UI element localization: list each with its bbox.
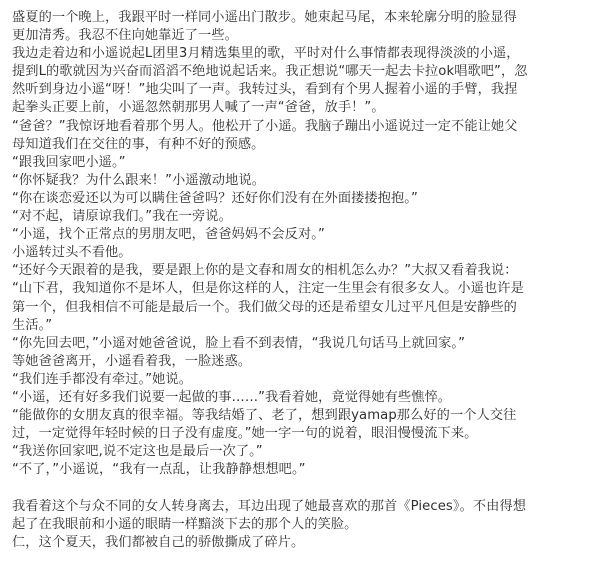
text-line: “对不起，请原谅我们。”我在一旁说。	[12, 208, 587, 226]
text-line: “我送你回家吧,说不定这也是最后一次了。”	[12, 443, 587, 461]
text-line: “不了，”小遥说，“我有一点乱，让我静静想想吧。”	[12, 461, 587, 479]
text-line: 盛夏的一个晚上，我跟平时一样同小遥出门散步。她束起马尾，本来轮廓分明的脸显得	[12, 9, 587, 27]
text-line: 仁，这个夏天，我们都被自己的骄傲撕成了碎片。	[12, 534, 587, 552]
text-line: “跟我回家吧小遥。”	[12, 154, 587, 172]
text-line: 提到L的歌就因为兴奋而滔滔不绝地说起话来。我正想说“哪天一起去卡拉ok唱歌吧”，…	[12, 63, 587, 81]
text-line: 更加清秀。我忍不住向她靠近了一些。	[12, 27, 587, 45]
story-text: 盛夏的一个晚上，我跟平时一样同小遥出门散步。她束起马尾，本来轮廓分明的脸显得 更…	[12, 9, 587, 552]
text-line: 起了在我眼前和小遥的眼睛一样黯淡下去的那个人的笑脸。	[12, 516, 587, 534]
text-line: “小遥，还有好多我们说要一起做的事……”我看着她，竟觉得她有些憔悴。	[12, 389, 587, 407]
text-line: 我看着这个与众不同的女人转身离去，耳边出现了她最喜欢的那首《Pieces》。不由…	[12, 498, 587, 516]
text-line: “爸爸？”我惊讶地看着那个男人。他松开了小遥。我脑子蹦出小遥说过一定不能让她父	[12, 118, 587, 136]
text-line: 过，一定觉得年轻时候的日子没有虚度。”她一字一句的说着，眼泪慢慢流下来。	[12, 425, 587, 443]
text-line: “你在谈恋爱还以为可以瞒住爸爸吗？还好你们没有在外面搂搂抱抱。”	[12, 190, 587, 208]
text-line: 生活。”	[12, 317, 587, 335]
text-line: “山下君，我知道你不是坏人，但是你这样的人，注定一生里会有很多女人。小遥也许是	[12, 280, 587, 298]
text-line: 等她爸爸离开，小遥看着我，一脸迷惑。	[12, 353, 587, 371]
text-line: “还好今天跟着的是我，要是跟上你的是文春和周女的相机怎么办？”大叔又看着我说：	[12, 262, 587, 280]
text-line: 第一个，但我相信不可能是最后一个。我们做父母的还是希望女儿过平凡但是安静些的	[12, 299, 587, 317]
text-line: 然听到身边小遥“呀！”地尖叫了一声。我转过头，看到有个男人握着小遥的手臂，我捏	[12, 81, 587, 99]
text-line: “能做你的女朋友真的很幸福。等我结婚了、老了，想到跟yamap那么好的一个人交往	[12, 407, 587, 425]
blank-line	[12, 479, 587, 497]
text-line: “你先回去吧，”小遥对她爸爸说，脸上看不到表情，“我说几句话马上就回家。”	[12, 335, 587, 353]
text-line: “小遥，找个正常点的男朋友吧，爸爸妈妈不会反对。”	[12, 226, 587, 244]
text-line: “你怀疑我？为什么跟来！”小遥激动地说。	[12, 172, 587, 190]
text-line: 小遥转过头不看他。	[12, 244, 587, 262]
text-line: “我们连手都没有牵过。”她说。	[12, 371, 587, 389]
text-line: 母知道我们在交往的事，有种不好的预感。	[12, 136, 587, 154]
text-line: 起拳头正要上前，小遥忽然朝那男人喊了一声“爸爸，放手！”。	[12, 99, 587, 117]
text-line: 我边走着边和小遥说起L团里3月精选集里的歌，平时对什么事情都表现得淡淡的小遥，	[12, 45, 587, 63]
